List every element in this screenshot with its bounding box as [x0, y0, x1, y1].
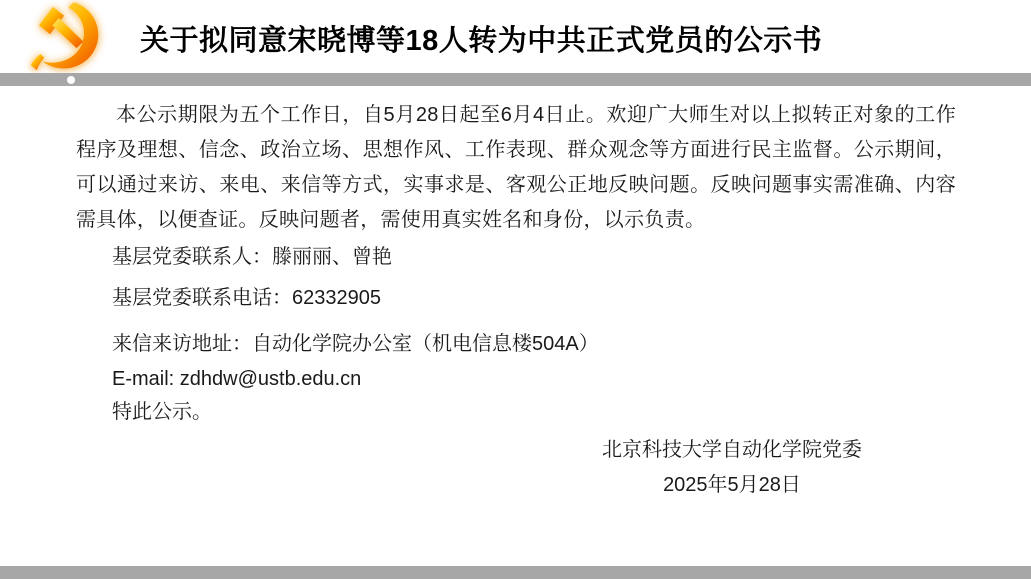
contact-phone-line: 基层党委联系电话：62332905	[76, 281, 956, 316]
notice-paragraph: 本公示期限为五个工作日，自5月28日起至6月4日止。欢迎广大师生对以上拟转正对象…	[76, 98, 956, 238]
notice-slide: 关于拟同意宋晓博等18人转为中共正式党员的公示书 本公示期限为五个工作日，自5月…	[0, 0, 1031, 579]
signature-org: 北京科技大学自动化学院党委	[599, 433, 865, 468]
closing-line: 特此公示。	[76, 395, 956, 430]
signature-block: 北京科技大学自动化学院党委 2025年5月28日	[599, 433, 865, 503]
signature-date: 2025年5月28日	[599, 468, 865, 503]
header: 关于拟同意宋晓博等18人转为中共正式党员的公示书	[0, 0, 1031, 73]
contact-address-line: 来信来访地址：自动化学院办公室（机电信息楼504A）	[76, 327, 956, 362]
bottom-divider-bar	[0, 566, 1031, 579]
page-title: 关于拟同意宋晓博等18人转为中共正式党员的公示书	[140, 0, 822, 76]
party-emblem-icon	[29, 1, 105, 71]
top-divider-bar	[0, 73, 1031, 86]
contact-email-line: E-mail: zdhdw@ustb.edu.cn	[76, 362, 956, 397]
divider-dot	[67, 76, 75, 84]
notice-body: 本公示期限为五个工作日，自5月28日起至6月4日止。欢迎广大师生对以上拟转正对象…	[76, 86, 956, 503]
contact-person-line: 基层党委联系人：滕丽丽、曾艳	[76, 240, 956, 275]
